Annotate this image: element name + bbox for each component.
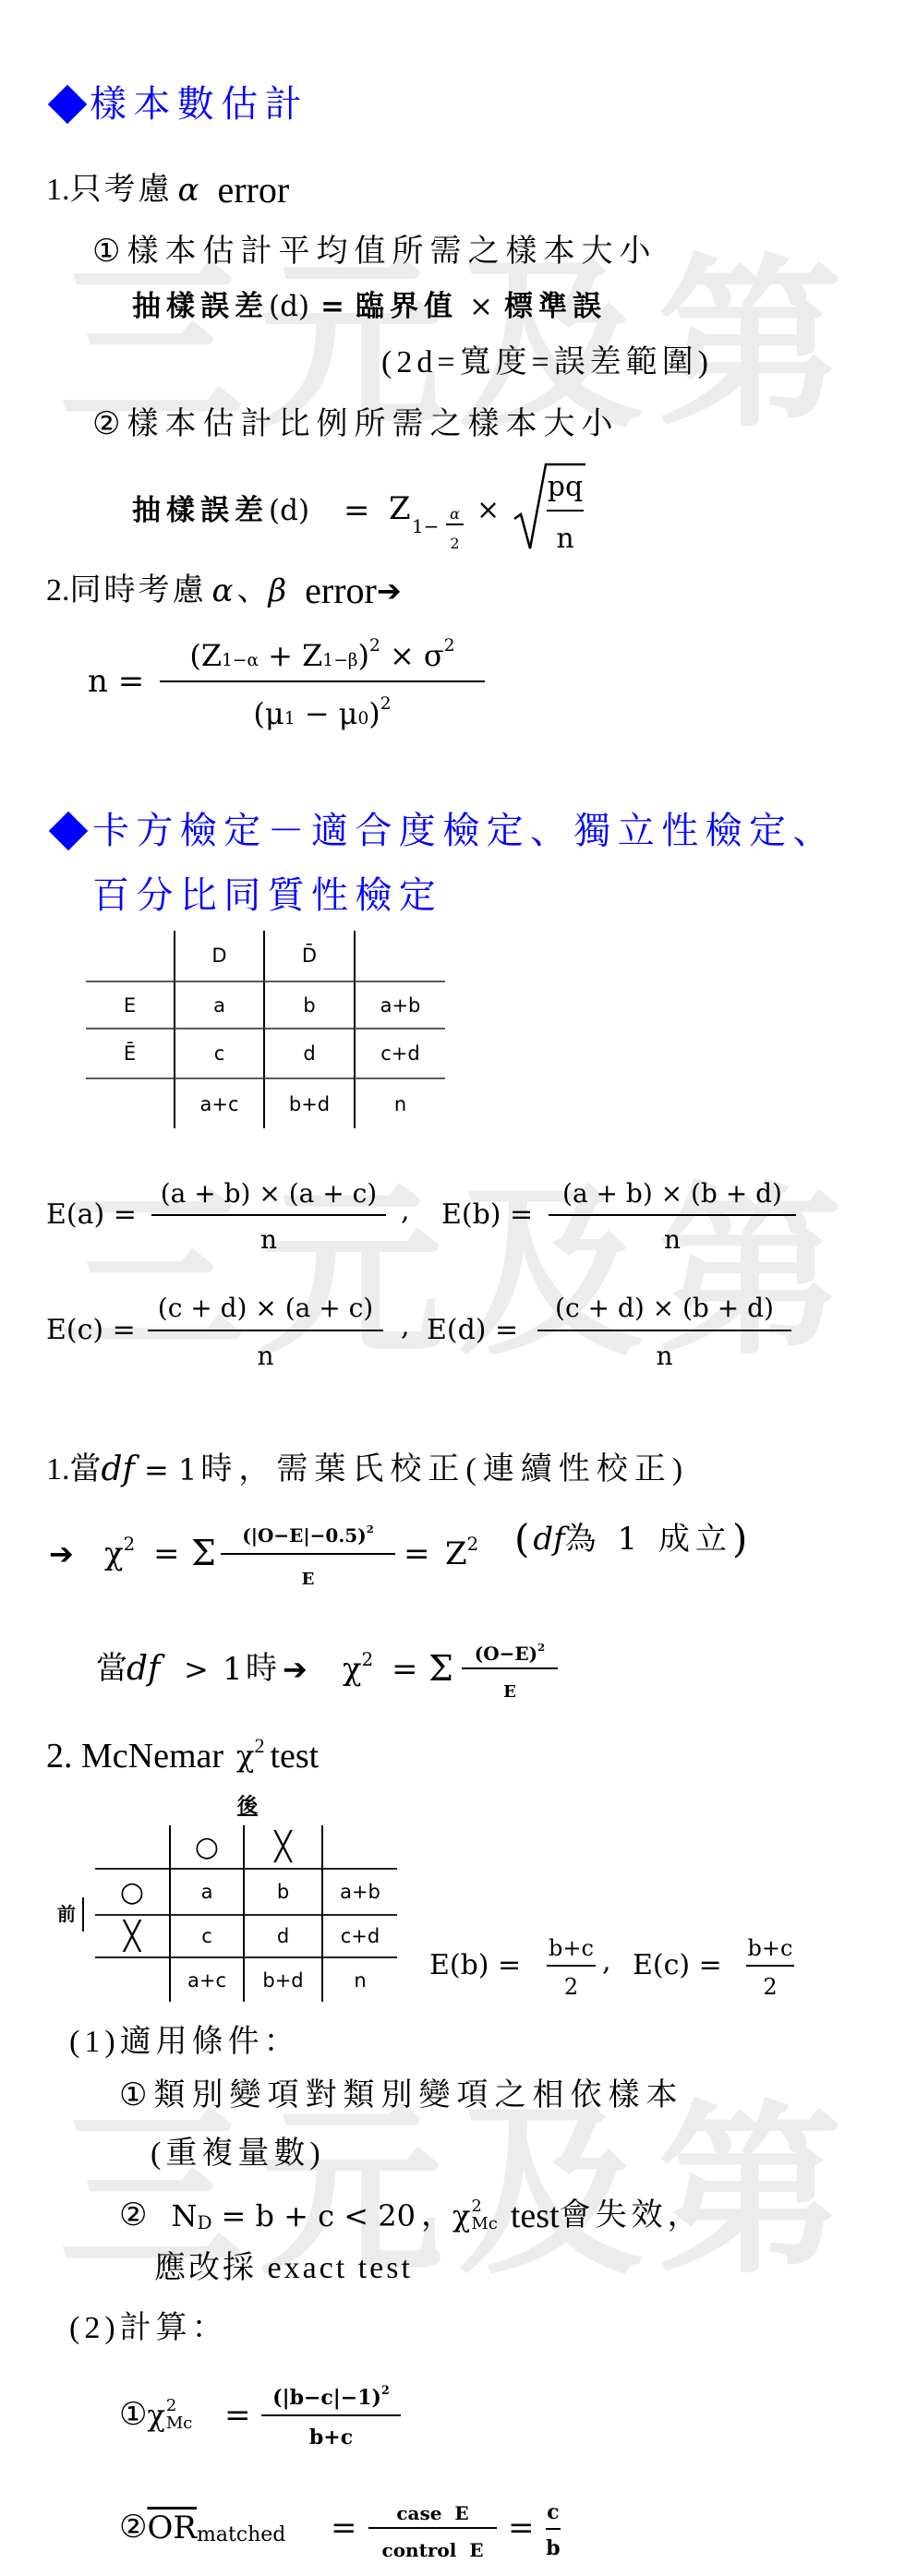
greater-than-sign: > (184, 1651, 209, 1688)
before-label-bracket (82, 1897, 84, 1932)
before-label: 前 (57, 1902, 76, 1926)
item-text: 會失效， (560, 2197, 704, 2234)
table-header-cell (354, 931, 445, 981)
table-header-cell: ╳ (243, 1825, 321, 1868)
after-label: 後 (237, 1794, 258, 1820)
mcnemar-chi-denominator: b+c (261, 2426, 401, 2450)
condition-item-2: ② N D = b + c < 20 ， χ 2Mc test 會失效， (119, 2197, 704, 2234)
equals-sign: = (331, 2510, 357, 2546)
yates-numerator: (|O−E|−0.5)2 (221, 1523, 395, 1547)
ratio-denominator: b (543, 2536, 563, 2560)
subscript: Mc (166, 2415, 193, 2433)
text-time: 時 (246, 1651, 277, 1688)
z-symbol: Z (389, 490, 411, 527)
right-arrow-icon: ➔ (283, 1651, 308, 1688)
section-heading-sample-size: 樣本數估計 (90, 84, 308, 125)
chi-symbol: χ (236, 1736, 254, 1776)
expected-a-denominator: n (151, 1221, 386, 1258)
yates-note: ( df 為 1 成立 ) (514, 1519, 747, 1559)
item-text: 只考慮 (70, 172, 173, 209)
superscript: 2 (380, 696, 392, 714)
table-cell: n (321, 1956, 397, 2002)
chi-symbol: χ (104, 1535, 124, 1572)
matched-or-formula-lhs: ② OR matched (119, 2510, 285, 2546)
numerator-text: (|O−E|−0.5) (242, 1524, 366, 1547)
circled-number-2: ② (119, 2197, 147, 2234)
fraction-bar (547, 1965, 596, 1967)
fraction-bar (546, 2528, 561, 2530)
sigma-symbol: Σ (191, 1533, 216, 1573)
table-row-label: ○ (95, 1868, 169, 1914)
equals-sign: = (508, 2510, 535, 2546)
expected-b-numerator: (a + b) × (b + d) (549, 1174, 796, 1211)
table-header-cell: D (174, 931, 263, 981)
chi-symbol: χ (147, 2397, 164, 2434)
conditions-label: (1)適用條件： (69, 2024, 300, 2061)
chi-symbol: χ (343, 1651, 362, 1688)
superscript: 2 (381, 2386, 390, 2398)
formula-n-denominator: (μ1 − μ0)2 (160, 695, 485, 732)
item-text: 類別變項對類別變項之相依樣本 (153, 2077, 683, 2114)
formula-sampling-error-proportion-lhs: 抽樣誤差 (d) (132, 492, 309, 529)
chi-scripts: 2Mc (166, 2398, 193, 2433)
chi-square-symbol: χ2 (104, 1535, 135, 1572)
formula-n-numerator: (Z1−α + Z1−β)2 × σ2 (160, 637, 485, 674)
paren-open: ( (514, 1519, 529, 1559)
chi-square-symbol: χ2 (343, 1651, 373, 1688)
table-cell: a (174, 981, 263, 1028)
fraction-bar (160, 680, 485, 682)
denominator-part: (μ (253, 696, 284, 731)
z-symbol: Z (445, 1535, 467, 1572)
table-cell: n (354, 1077, 445, 1128)
chi-symbol: χ (452, 2197, 470, 2234)
z-subscript-alpha: α (444, 504, 465, 523)
item-number: 2. (46, 572, 70, 609)
table-header-cell (95, 1825, 169, 1868)
item-number: 1. (46, 1451, 70, 1488)
sqrt-numerator: pq (545, 468, 585, 505)
numerator-part: × σ (380, 638, 444, 673)
numerator-part: ) (357, 638, 368, 673)
superscript: 2 (367, 1524, 374, 1535)
fraction-bar (151, 1214, 386, 1216)
item-text: 時，需葉氏校正(連續性校正) (200, 1451, 689, 1488)
fraction-bar (148, 1330, 383, 1331)
numerator-text: (|b−c|−1) (272, 2386, 381, 2410)
fraction-bar (368, 2527, 497, 2529)
numerator-text: (O−E) (475, 1643, 537, 1665)
table-cell: d (243, 1914, 321, 1956)
diamond-bullet-icon (48, 85, 87, 124)
subscript: 1 (284, 711, 296, 728)
formula-lhs: 抽樣誤差 (132, 288, 269, 325)
equals-sign: = (392, 1651, 418, 1688)
df-condition: = 1 (135, 1451, 198, 1488)
diamond-bullet-icon (49, 812, 88, 850)
z-subscript-two: 2 (444, 534, 465, 552)
table-cell: d (263, 1028, 354, 1077)
subscript: 1−β (322, 653, 357, 670)
times-sign: × (469, 288, 493, 325)
expected-a-lhs: E(a) = (46, 1197, 137, 1234)
fraction-bar (746, 1965, 794, 1967)
item-alpha-beta-error: 2. 同時考慮 α 、 β error ➔ (46, 572, 402, 609)
section-heading-chi-square-line1: 卡方檢定－適合度檢定、獨立性檢定、 (92, 811, 837, 851)
alpha-symbol: α (178, 172, 199, 209)
formula-lhs-variable: (d) (269, 288, 309, 325)
expected-d-numerator: (c + d) × (b + d) (537, 1289, 791, 1326)
beta-symbol: β (268, 572, 286, 609)
comma: ， (421, 2197, 452, 2234)
note-text: 為 1 成立 (565, 1519, 732, 1559)
expected-a-numerator: (a + b) × (a + c) (151, 1174, 386, 1211)
denominator-part: − μ (296, 696, 358, 731)
item-number: 1. (46, 172, 70, 209)
formula-separator: , (401, 1193, 410, 1230)
subscript: 1−α (222, 653, 259, 670)
circled-number-2: ② (119, 2510, 147, 2546)
fraction-bar (261, 2414, 401, 2416)
z-subscript: 1− (412, 515, 439, 537)
denominator-part: ) (368, 696, 380, 731)
item-text: 樣本估計比例所需之樣本大小 (127, 406, 619, 443)
mcnemar-expected-c-denominator: 2 (746, 1975, 794, 1999)
circled-number-1: ① (92, 234, 127, 271)
subscript: Mc (471, 2216, 498, 2233)
formula-lhs-variable: (d) (269, 492, 309, 529)
subscript: 0 (357, 711, 368, 728)
formula-lhs: 抽樣誤差 (132, 492, 269, 529)
table-cell: c (169, 1914, 243, 1956)
table-cell: a (169, 1868, 243, 1914)
ratio-numerator: c (543, 2500, 563, 2524)
calculation-label: (2)計算： (69, 2310, 228, 2347)
formula-note-margin-of-error: (2d=寬度=誤差範圍) (381, 344, 713, 381)
superscript: 2 (254, 1736, 264, 1756)
numerator-part: + Z (259, 638, 322, 673)
table-cell: c (174, 1028, 263, 1077)
error-label: error (217, 172, 289, 209)
expected-c-lhs: E(c) = (46, 1312, 136, 1349)
fraction-bar (549, 1214, 796, 1216)
times-sign: × (477, 492, 500, 529)
item-yates-correction: 1. 當 df = 1 時，需葉氏校正(連續性校正) (46, 1451, 689, 1488)
circled-number-1: ① (119, 2077, 153, 2114)
table-cell: b+d (263, 1077, 354, 1128)
item-proportion-sample-size: ② 樣本估計比例所需之樣本大小 (92, 406, 619, 443)
equals-sign: = (224, 2397, 251, 2434)
equals-sign: = (320, 288, 344, 325)
contingency-table: D D̄ E a b a+b Ē c d c+d a+c b+d n (86, 931, 445, 1128)
df-symbol: df (102, 1451, 135, 1488)
superscript: 2 (444, 638, 455, 656)
table-row-label: ╳ (95, 1914, 169, 1956)
table-row-label (86, 1077, 174, 1128)
table-row-label (95, 1956, 169, 2002)
condition-item-2-continuation: 應改採 exact test (154, 2250, 413, 2287)
paren-close: ) (732, 1519, 747, 1559)
right-arrow-icon: ➔ (49, 1535, 74, 1572)
mcnemar-chi-formula-lhs: ① χ 2Mc (119, 2397, 192, 2434)
table-header-cell (321, 1825, 397, 1868)
circled-number-1: ① (119, 2397, 147, 2434)
test-label: test (511, 2197, 560, 2234)
item-text-when: 當 (70, 1451, 102, 1488)
subscript: matched (197, 2525, 285, 2546)
expected-c-numerator: (c + d) × (a + c) (148, 1289, 383, 1326)
mcnemar-expected-b-denominator: 2 (547, 1975, 596, 1999)
nd-symbol: N (171, 2197, 197, 2234)
title-suffix: test (270, 1736, 319, 1776)
matched-or-numerator: case E (368, 2501, 497, 2525)
matched-or-denominator: control E (368, 2538, 497, 2562)
alpha-symbol: α (212, 572, 234, 609)
condition-item-1-continuation: (重複量數) (151, 2136, 325, 2173)
pearson-numerator: (O−E)2 (462, 1642, 558, 1666)
mcnemar-expected-c-numerator: b+c (746, 1936, 794, 1960)
formula-separator: , (602, 1944, 611, 1980)
yates-denominator: E (221, 1568, 395, 1590)
lecture-notes-page: 三元及第 三元及第 三元及第 樣本數估計 1. 只考慮 α error ① 樣本… (0, 0, 905, 2576)
table-cell: b (243, 1868, 321, 1914)
mcnemar-expected-b-lhs: E(b) = (429, 1947, 521, 1984)
fraction-bar (462, 1667, 558, 1669)
equals-sign: = (153, 1535, 180, 1572)
chi-scripts: 2Mc (471, 2198, 498, 2233)
subscript: D (197, 2213, 211, 2232)
df-symbol: df (127, 1651, 160, 1688)
separator: 、 (236, 572, 268, 609)
item-alpha-error-only: 1. 只考慮 α error (46, 172, 289, 209)
fraction-bar (221, 1553, 395, 1555)
nd-expression: = b + c < 20 (222, 2197, 416, 2234)
table-header-cell: D̄ (263, 931, 354, 981)
circled-number-2: ② (92, 406, 127, 443)
mcnemar-title: 2. McNemar χ 2 test (46, 1736, 319, 1776)
right-arrow-icon: ➔ (377, 572, 402, 609)
formula-separator: , (401, 1308, 410, 1345)
expected-d-denominator: n (537, 1337, 791, 1374)
table-cell: a+b (354, 981, 445, 1028)
fraction-bar (547, 510, 584, 512)
number-one: 1 (223, 1651, 243, 1688)
sqrt-denominator: n (545, 520, 585, 557)
table-cell: c+d (354, 1028, 445, 1077)
table-cell: a+c (174, 1077, 263, 1128)
df-symbol: df (533, 1519, 564, 1559)
mcnemar-chi-numerator: (|b−c|−1)2 (261, 2386, 401, 2410)
numerator-part: (Z (189, 638, 222, 673)
table-header-cell: ○ (169, 1825, 243, 1868)
expected-c-denominator: n (148, 1337, 383, 1374)
table-row-label: Ē (86, 1028, 174, 1077)
table-row-label: E (86, 981, 174, 1028)
expected-b-lhs: E(b) = (441, 1197, 533, 1234)
error-label: error (305, 572, 377, 609)
fraction-bar (537, 1330, 791, 1331)
superscript: 2 (362, 1651, 374, 1669)
condition-item-1: ① 類別變項對類別變項之相依樣本 (119, 2077, 683, 2114)
formula-term-critical-value: 臨界值 (356, 288, 458, 325)
table-cell: a+b (321, 1868, 397, 1914)
item-text: 同時考慮 (70, 572, 207, 609)
mcnemar-table: ○ ╳ ○ a b a+b ╳ c d c+d a+c b+d n (95, 1825, 397, 2002)
item-mean-sample-size: ① 樣本估計平均值所需之樣本大小 (92, 234, 657, 271)
fraction-bar (446, 524, 464, 525)
equals-sign: = (344, 492, 370, 529)
table-cell: b+d (243, 1956, 321, 2002)
mcnemar-expected-b-numerator: b+c (547, 1936, 596, 1960)
table-cell: c+d (321, 1914, 397, 1956)
formula-sampling-error-mean: 抽樣誤差 (d) = 臨界值 × 標準誤 (132, 288, 607, 325)
title-prefix: 2. McNemar (46, 1736, 223, 1776)
superscript: 2 (467, 1535, 479, 1554)
text-when: 當 (96, 1651, 127, 1688)
equals-sign: = (404, 1535, 430, 1572)
superscript: 2 (537, 1643, 545, 1654)
superscript: 2 (124, 1535, 136, 1554)
table-cell: b (263, 981, 354, 1028)
section-heading-chi-square-line2: 百分比同質性檢定 (92, 875, 442, 916)
table-cell: a+c (169, 1956, 243, 2002)
mcnemar-expected-c-lhs: E(c) = (633, 1947, 722, 1984)
pearson-denominator: E (462, 1680, 558, 1703)
formula-n-lhs: n = (88, 663, 144, 700)
expected-d-lhs: E(d) = (427, 1312, 518, 1349)
sigma-symbol: Σ (428, 1648, 453, 1689)
table-header-cell (86, 931, 174, 981)
item-text: 樣本估計平均值所需之樣本大小 (127, 234, 657, 271)
expected-b-denominator: n (549, 1221, 796, 1258)
formula-term-standard-error: 標準誤 (504, 288, 607, 325)
z-squared: Z2 (445, 1535, 478, 1572)
superscript: 2 (369, 638, 380, 656)
odds-ratio-symbol: OR (147, 2510, 196, 2546)
